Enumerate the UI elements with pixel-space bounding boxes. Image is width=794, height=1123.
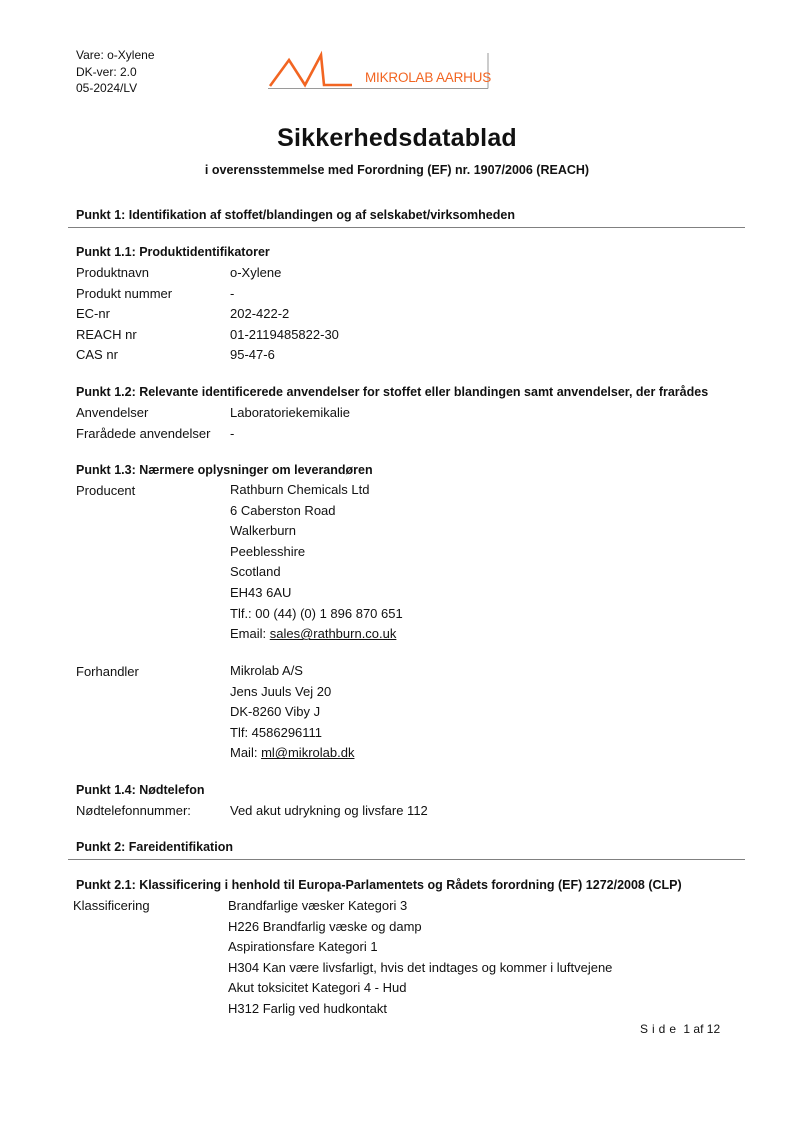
classification-item: Aspirationsfare Kategori 1	[228, 937, 612, 958]
classification-item: H312 Farlig ved hudkontakt	[228, 999, 612, 1020]
dealer-email-line: Mail: ml@mikrolab.dk	[230, 743, 354, 764]
classification-item: H226 Brandfarlig væske og damp	[228, 917, 612, 938]
producer-name: Rathburn Chemicals Ltd	[230, 480, 403, 501]
dealer-email-link[interactable]: ml@mikrolab.dk	[261, 745, 354, 760]
document-meta: Vare: o-Xylene DK-ver: 2.0 05-2024/LV	[76, 47, 155, 97]
section-1-3-heading: Punkt 1.3: Nærmere oplysninger om levera…	[76, 463, 373, 477]
page-number: Side 1 af 12	[640, 1022, 720, 1036]
producer-email-link[interactable]: sales@rathburn.co.uk	[270, 626, 397, 641]
producer-email-line: Email: sales@rathburn.co.uk	[230, 624, 403, 645]
of-word: af	[693, 1022, 703, 1036]
page-title: Sikkerhedsdatablad	[0, 124, 794, 153]
field-label: Anvendelser	[76, 405, 148, 420]
field-value: Laboratoriekemikalie	[230, 405, 350, 420]
section-2-1-heading: Punkt 2.1: Klassificering i henhold til …	[76, 878, 682, 892]
dealer-street: Jens Juuls Vej 20	[230, 682, 354, 703]
side-word: Side	[640, 1022, 680, 1036]
section-1-4-heading: Punkt 1.4: Nødtelefon	[76, 783, 204, 797]
dealer-address: Mikrolab A/S Jens Juuls Vej 20 DK-8260 V…	[230, 661, 354, 764]
page-subtitle: i overensstemmelse med Forordning (EF) n…	[0, 163, 794, 177]
field-label: Produkt nummer	[76, 286, 172, 301]
producer-town: Walkerburn	[230, 521, 403, 542]
dealer-phone: Tlf: 4586296111	[230, 723, 354, 744]
logo-text: MIKROLAB AARHUS	[365, 70, 491, 85]
field-value: -	[230, 426, 234, 441]
field-value: 95-47-6	[230, 347, 275, 362]
field-value: 01-2119485822-30	[230, 327, 339, 342]
section-2-divider	[68, 859, 745, 860]
dealer-name: Mikrolab A/S	[230, 661, 354, 682]
producer-address: Rathburn Chemicals Ltd 6 Caberston Road …	[230, 480, 403, 645]
classification-label: Klassificering	[73, 898, 150, 913]
classification-item: Brandfarlige væsker Kategori 3	[228, 896, 612, 917]
section-2-heading: Punkt 2: Fareidentifikation	[76, 840, 233, 854]
producer-street: 6 Caberston Road	[230, 501, 403, 522]
product-line: Vare: o-Xylene	[76, 47, 155, 64]
email-prefix: Email:	[230, 626, 270, 641]
producer-country: Scotland	[230, 562, 403, 583]
section-1-1-heading: Punkt 1.1: Produktidentifikatorer	[76, 245, 270, 259]
dealer-city: DK-8260 Viby J	[230, 702, 354, 723]
field-value: Ved akut udrykning og livsfare 112	[230, 803, 428, 818]
section-1-2-heading: Punkt 1.2: Relevante identificerede anve…	[76, 385, 708, 399]
field-label: CAS nr	[76, 347, 118, 362]
section-1-divider	[68, 227, 745, 228]
classification-item: Akut toksicitet Kategori 4 - Hud	[228, 978, 612, 999]
classification-item: H304 Kan være livsfarligt, hvis det indt…	[228, 958, 612, 979]
field-value: o-Xylene	[230, 265, 281, 280]
section-1-heading: Punkt 1: Identifikation af stoffet/bland…	[76, 208, 515, 222]
date-line: 05-2024/LV	[76, 80, 155, 97]
field-value: 202-422-2	[230, 306, 289, 321]
field-label: Produktnavn	[76, 265, 149, 280]
version-line: DK-ver: 2.0	[76, 64, 155, 81]
field-label: EC-nr	[76, 306, 110, 321]
producer-county: Peeblesshire	[230, 542, 403, 563]
field-label: REACH nr	[76, 327, 137, 342]
dealer-label: Forhandler	[76, 664, 139, 679]
producer-phone: Tlf.: 00 (44) (0) 1 896 870 651	[230, 604, 403, 625]
email-prefix: Mail:	[230, 745, 261, 760]
classification-list: Brandfarlige væsker Kategori 3 H226 Bran…	[228, 896, 612, 1020]
total-pages: 12	[707, 1022, 720, 1036]
field-label: Frarådede anvendelser	[76, 426, 210, 441]
field-value: -	[230, 286, 234, 301]
current-page: 1	[683, 1022, 690, 1036]
producer-postcode: EH43 6AU	[230, 583, 403, 604]
field-label: Nødtelefonnummer:	[76, 803, 191, 818]
producer-label: Producent	[76, 483, 135, 498]
mikrolab-logo: MIKROLAB AARHUS	[266, 50, 492, 92]
